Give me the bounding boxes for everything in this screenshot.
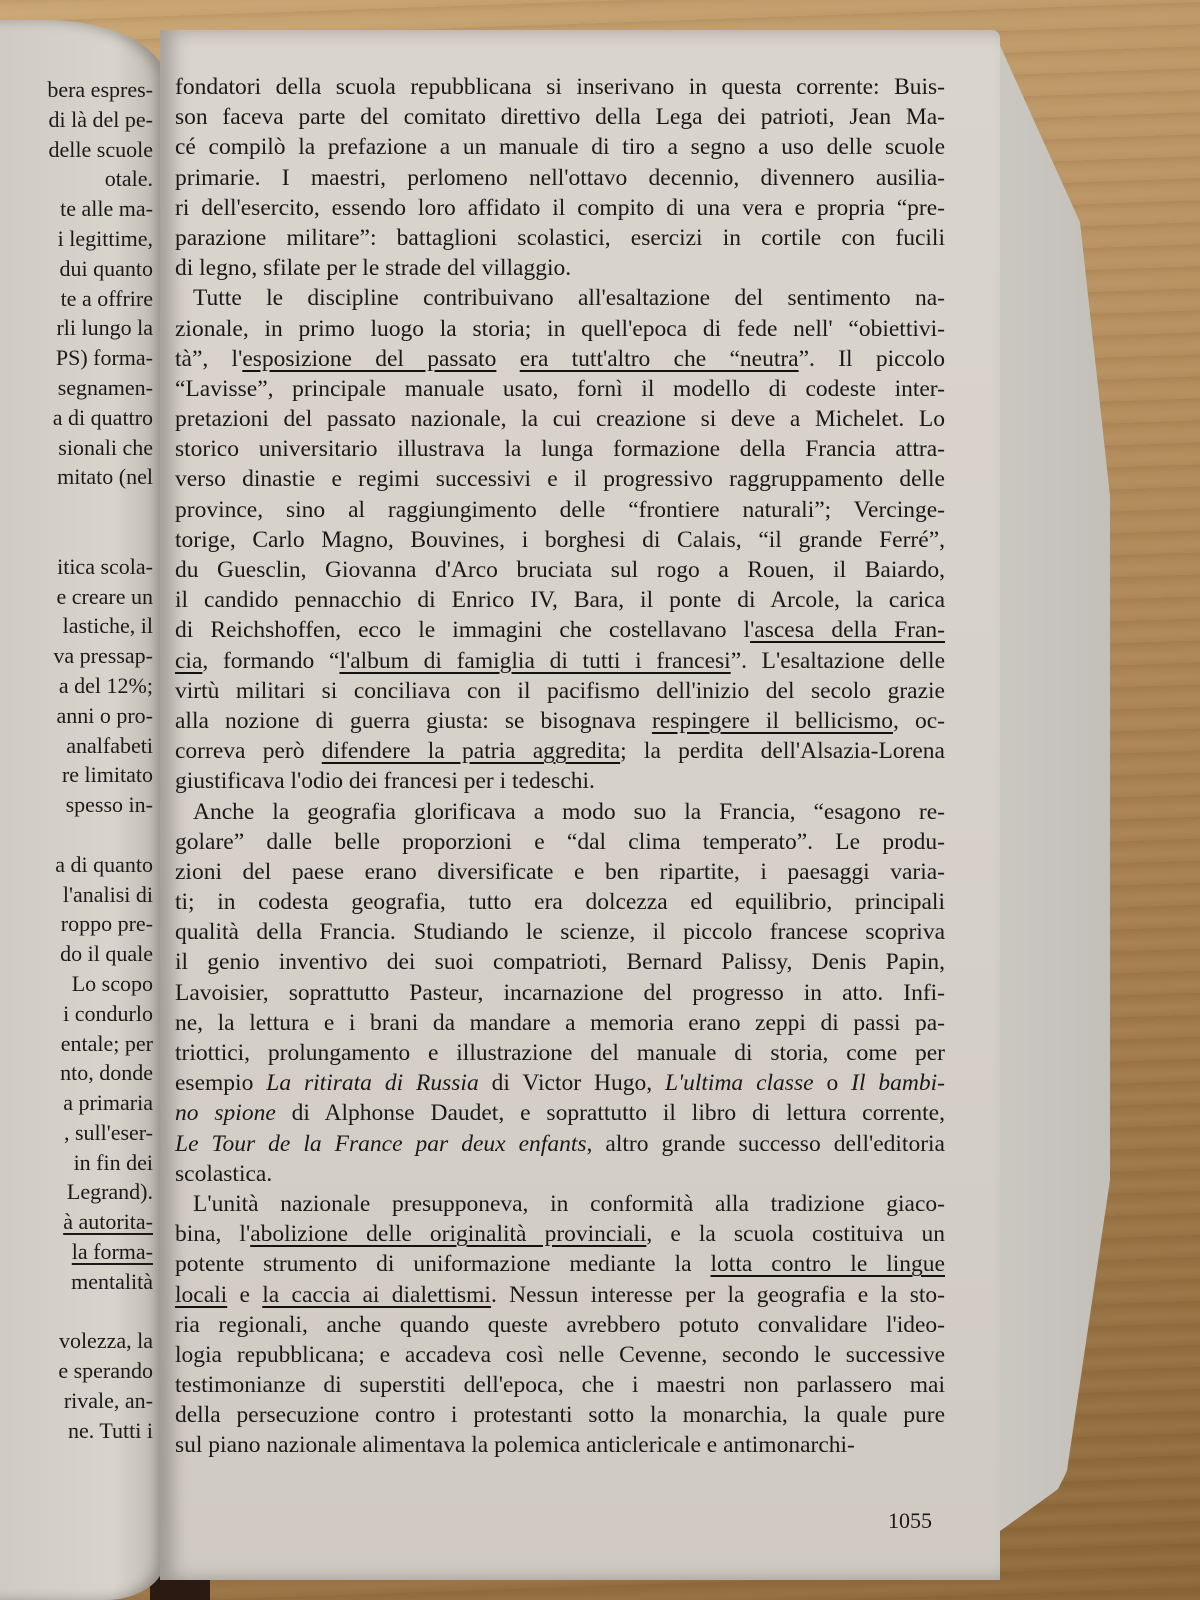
text-line: il genio inventivo dei suoi compatrioti,…	[175, 947, 945, 977]
text-line: rli lungo la	[0, 313, 153, 343]
text-line: primarie. I maestri, perlomeno nell'otta…	[175, 163, 945, 193]
text-line: Lo scopo	[0, 969, 153, 999]
text-line: triottici, prolungamento e illustrazione…	[175, 1038, 945, 1068]
text-line: spesso in-	[0, 790, 153, 820]
underlined-phrase: 'ascesa della Fran-	[750, 617, 945, 643]
text-line: do il quale	[0, 939, 153, 969]
text-line: re limitato	[0, 760, 153, 790]
text-line: ne. Tutti i	[0, 1416, 153, 1446]
text-line: dui quanto	[0, 254, 153, 284]
text-line	[0, 522, 153, 552]
text-line: province, sino al raggiungimento delle “…	[175, 495, 945, 525]
text-line: fondatori della scuola repubblicana si i…	[175, 72, 945, 102]
underlined-phrase: esposizione del passato	[242, 346, 496, 372]
text-line: bera espres-	[0, 75, 153, 105]
text-line: di Reichshoffen, ecco le immagini che co…	[175, 615, 945, 645]
text-line: zionale, in primo luogo la storia; in qu…	[175, 314, 945, 344]
text-line: à autorita-	[0, 1207, 153, 1237]
text-line: qualità della Francia. Studiando le scie…	[175, 917, 945, 947]
text-line: a primaria	[0, 1088, 153, 1118]
italic-title: no spione	[175, 1100, 276, 1126]
text-line: la forma-	[0, 1237, 153, 1267]
text-line: testimonianze di superstiti dell'epoca, …	[175, 1370, 945, 1400]
underlined-phrase: la caccia ai dialettismi	[262, 1282, 491, 1308]
text-line: sul piano nazionale alimentava la polemi…	[175, 1430, 945, 1460]
text-line: entale; per	[0, 1029, 153, 1059]
text-line: in fin dei	[0, 1148, 153, 1178]
text-line: virtù militari si conciliava con il paci…	[175, 676, 945, 706]
underlined-phrase: respingere il bellicismo	[652, 708, 893, 734]
body-text: fondatori della scuola repubblicana si i…	[175, 72, 945, 1461]
right-page: fondatori della scuola repubblicana si i…	[160, 30, 1000, 1580]
text-line: locali e la caccia ai dialettismi. Nessu…	[175, 1280, 945, 1310]
text-line: il candido pennacchio di Enrico IV, Bara…	[175, 585, 945, 615]
text-line: otale.	[0, 164, 153, 194]
text-line: lastiche, il	[0, 611, 153, 641]
text-line: anni o pro-	[0, 701, 153, 731]
text-line: logia repubblicana; e accadeva così nell…	[175, 1340, 945, 1370]
italic-title: Le Tour de la France par deux enfants	[175, 1131, 587, 1157]
page-number: 1055	[888, 1508, 932, 1534]
text-line: a di quanto	[0, 850, 153, 880]
text-line: correva però difendere la patria aggredi…	[175, 736, 945, 766]
underlined-phrase: cia	[175, 648, 202, 674]
text-line: l'analisi di	[0, 880, 153, 910]
text-line: PS) forma-	[0, 343, 153, 373]
text-line: di là del pe-	[0, 105, 153, 135]
underlined-phrase: l'album di famiglia di tutti i francesi	[339, 648, 730, 674]
text-line: storico universitario illustrava la lung…	[175, 434, 945, 464]
text-line: e sperando	[0, 1356, 153, 1386]
text-line: Lavoisier, soprattutto Pasteur, incarnaz…	[175, 978, 945, 1008]
italic-title: L'ultima classe	[665, 1070, 814, 1096]
underlined-phrase: lotta contro le lingue	[711, 1251, 945, 1277]
text-line: va pressap-	[0, 641, 153, 671]
text-line: rivale, an-	[0, 1386, 153, 1416]
text-line: cé compilò la prefazione a un manuale di…	[175, 132, 945, 162]
text-line: segnamen-	[0, 373, 153, 403]
text-line: ti; in codesta geografia, tutto era dolc…	[175, 887, 945, 917]
text-line: du Guesclin, Giovanna d'Arco bruciata su…	[175, 555, 945, 585]
text-line: volezza, la	[0, 1326, 153, 1356]
text-line: no spione di Alphonse Daudet, e soprattu…	[175, 1098, 945, 1128]
text-line: Le Tour de la France par deux enfants, a…	[175, 1129, 945, 1159]
text-line: “Lavisse”, principale manuale usato, for…	[175, 374, 945, 404]
italic-title: Il bambi-	[851, 1070, 945, 1096]
underlined-phrase: abolizione delle originalità provinciali	[250, 1221, 646, 1247]
text-line	[0, 820, 153, 850]
text-line: mitato (nel	[0, 462, 153, 492]
text-line: itica scola-	[0, 552, 153, 582]
text-line: a del 12%;	[0, 671, 153, 701]
text-line: mentalità	[0, 1267, 153, 1297]
left-page-text: bera espres-di là del pe-delle scuoleota…	[0, 75, 153, 1446]
text-line: roppo pre-	[0, 909, 153, 939]
text-line: te a offrire	[0, 284, 153, 314]
text-line: nto, donde	[0, 1058, 153, 1088]
text-line: torige, Carlo Magno, Bouvines, i borghes…	[175, 525, 945, 555]
text-line: zioni del paese erano diversificate e be…	[175, 857, 945, 887]
text-line: son faceva parte del comitato direttivo …	[175, 102, 945, 132]
text-line: i condurlo	[0, 999, 153, 1029]
underlined-phrase: era tutt'altro che “neutra	[520, 346, 799, 372]
text-line: i legittime,	[0, 224, 153, 254]
text-line: Tutte le discipline contribuivano all'es…	[175, 283, 945, 313]
text-line: pretazioni del passato nazionale, la cui…	[175, 404, 945, 434]
text-line: e creare un	[0, 582, 153, 612]
text-line	[0, 492, 153, 522]
text-line	[0, 1297, 153, 1327]
text-line: Legrand).	[0, 1177, 153, 1207]
text-line: della persecuzione contro i protestanti …	[175, 1400, 945, 1430]
text-line: analfabeti	[0, 731, 153, 761]
text-line: delle scuole	[0, 135, 153, 165]
underlined-phrase: difendere la patria aggredita	[322, 738, 620, 764]
text-line: esempio La ritirata di Russia di Victor …	[175, 1068, 945, 1098]
text-line: L'unità nazionale presupponeva, in confo…	[175, 1189, 945, 1219]
text-line: parazione militare”: battaglioni scolast…	[175, 223, 945, 253]
text-line: te alle ma-	[0, 194, 153, 224]
text-line: potente strumento di uniformazione media…	[175, 1249, 945, 1279]
text-line: cia, formando “l'album di famiglia di tu…	[175, 646, 945, 676]
text-line: sionali che	[0, 433, 153, 463]
text-line: ne, la lettura e i brani da mandare a me…	[175, 1008, 945, 1038]
italic-title: La ritirata di Russia	[266, 1070, 478, 1096]
text-line: scolastica.	[175, 1159, 945, 1189]
text-line: alla nozione di guerra giusta: se bisogn…	[175, 706, 945, 736]
text-line: ria regionali, anche quando queste avreb…	[175, 1310, 945, 1340]
text-line: a di quattro	[0, 403, 153, 433]
text-line: giustificava l'odio dei francesi per i t…	[175, 766, 945, 796]
underlined-phrase: locali	[175, 1282, 227, 1308]
text-line: , sull'eser-	[0, 1118, 153, 1148]
text-line: verso dinastie e regimi successivi e il …	[175, 464, 945, 494]
text-line: golare” dalle belle proporzioni e “dal c…	[175, 827, 945, 857]
text-line: Anche la geografia glorificava a modo su…	[175, 797, 945, 827]
text-line: ri dell'esercito, essendo loro affidato …	[175, 193, 945, 223]
text-line: bina, l'abolizione delle originalità pro…	[175, 1219, 945, 1249]
text-line: tà”, l'esposizione del passato era tutt'…	[175, 344, 945, 374]
text-line: di legno, sfilate per le strade del vill…	[175, 253, 945, 283]
left-page: bera espres-di là del pe-delle scuoleota…	[0, 20, 165, 1600]
